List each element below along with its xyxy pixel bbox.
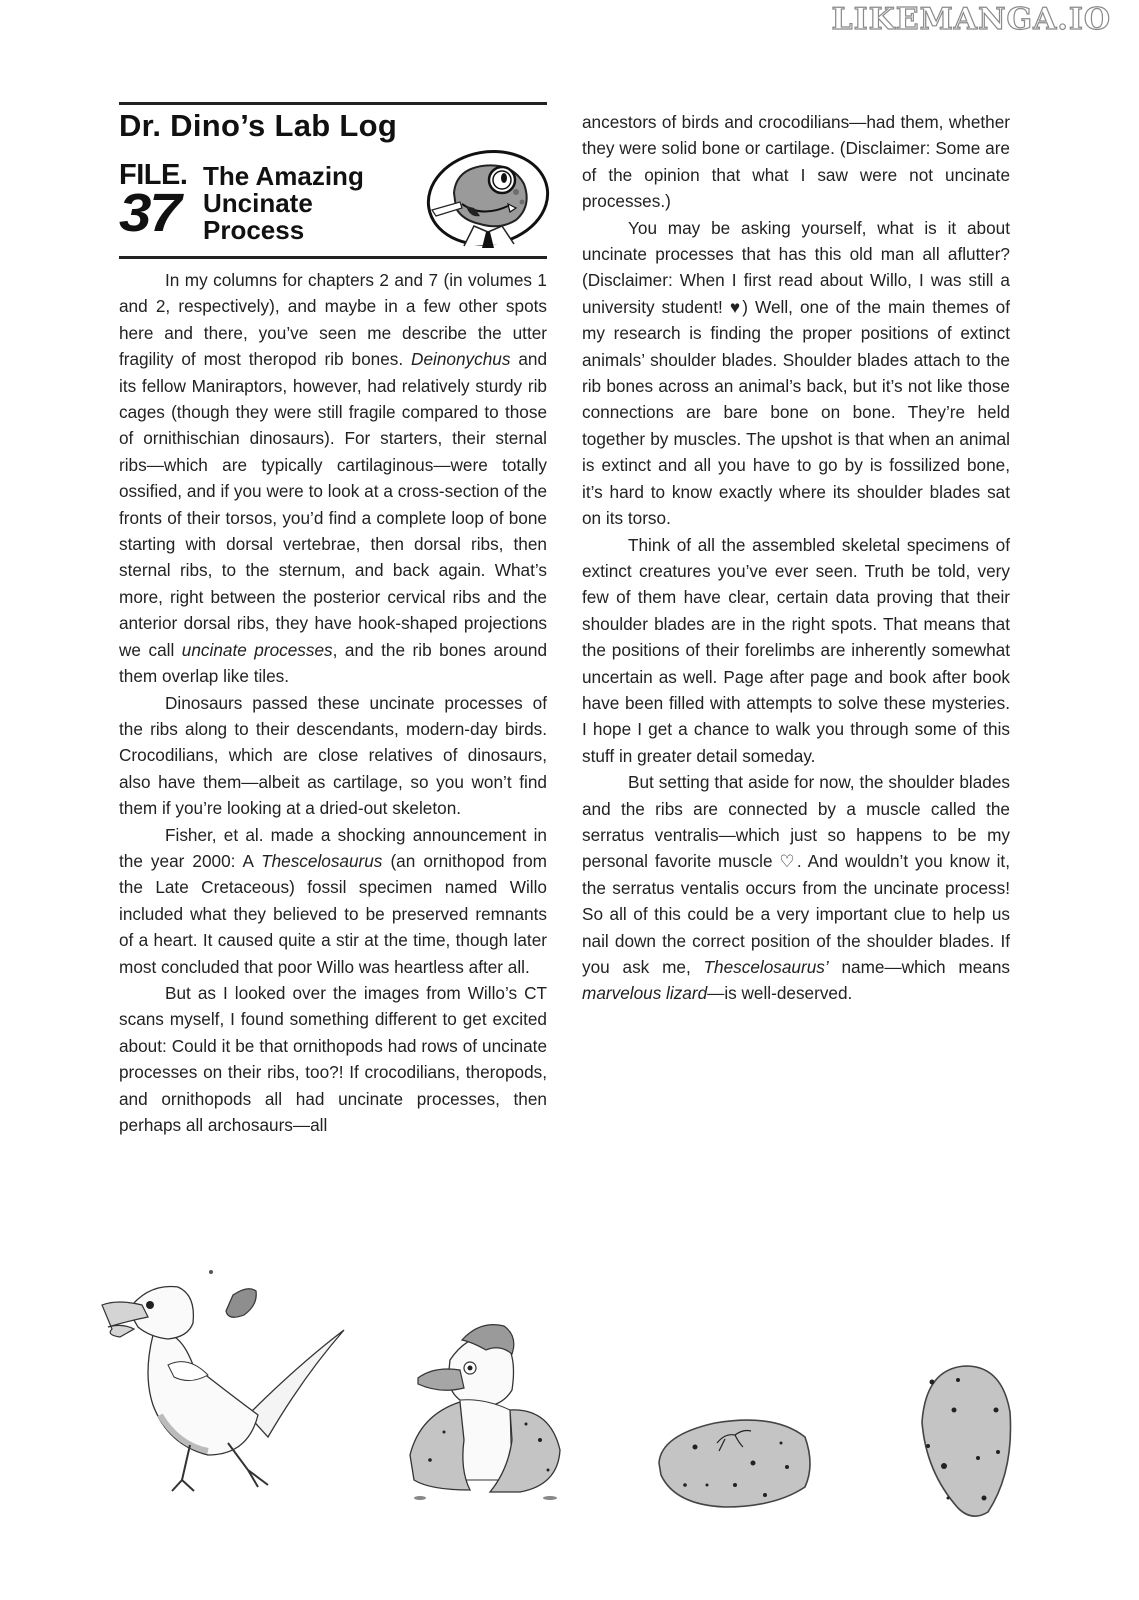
dr-dino-mascot-icon xyxy=(424,148,550,248)
italic-term: marvelous lizard xyxy=(582,983,707,1003)
hatching-dinosaur-illustration xyxy=(400,1320,570,1500)
text-run: But as I looked over the images from Wil… xyxy=(119,983,547,1135)
site-watermark: LIKEMANGA.IO xyxy=(832,2,1111,37)
cracked-egg-illustration xyxy=(655,1415,815,1510)
article-paragraph: Fisher, et al. made a shocking announcem… xyxy=(119,822,547,980)
text-run: But setting that aside for now, the shou… xyxy=(582,772,1010,977)
italic-term: uncinate processes xyxy=(182,640,333,660)
file-title-line: Process xyxy=(203,217,364,244)
juvenile-dinosaur-illustration xyxy=(98,1265,348,1495)
text-run: Think of all the assembled skeletal spec… xyxy=(582,535,1010,766)
file-title: The Amazing Uncinate Process xyxy=(203,163,364,244)
article-right-column: ancestors of birds and crocodilians—had … xyxy=(582,109,1010,1007)
article-left-column: In my columns for chapters 2 and 7 (in v… xyxy=(119,267,547,1138)
article-paragraph: Dinosaurs passed these uncinate processe… xyxy=(119,690,547,822)
text-run: name—which means xyxy=(829,957,1010,977)
file-number-block: FILE. 37 xyxy=(119,160,199,236)
file-title-line: The Amazing xyxy=(203,163,364,190)
text-run: ancestors of birds and crocodilians—had … xyxy=(582,112,1010,211)
text-run: —is well-deserved. xyxy=(707,983,852,1003)
article-paragraph: In my columns for chapters 2 and 7 (in v… xyxy=(119,267,547,690)
article-paragraph: ancestors of birds and crocodilians—had … xyxy=(582,109,1010,215)
series-title: Dr. Dino’s Lab Log xyxy=(119,108,397,144)
text-run: Dinosaurs passed these uncinate processe… xyxy=(119,693,547,819)
italic-term: Deinonychus xyxy=(411,349,510,369)
article-paragraph: But as I looked over the images from Wil… xyxy=(119,980,547,1138)
italic-term: Thescelosaurus’ xyxy=(704,957,829,977)
file-number: 37 xyxy=(119,190,205,236)
header-top-rule xyxy=(119,102,547,105)
text-run: and its fellow Maniraptors, however, had… xyxy=(119,349,547,659)
header-bottom-rule xyxy=(119,256,547,259)
text-run: You may be asking yourself, what is it a… xyxy=(582,218,1010,528)
article-paragraph: Think of all the assembled skeletal spec… xyxy=(582,532,1010,770)
upright-egg-illustration xyxy=(918,1362,1018,1522)
file-title-line: Uncinate xyxy=(203,190,364,217)
article-paragraph: You may be asking yourself, what is it a… xyxy=(582,215,1010,532)
italic-term: Thescelosaurus xyxy=(261,851,382,871)
article-paragraph: But setting that aside for now, the shou… xyxy=(582,769,1010,1007)
